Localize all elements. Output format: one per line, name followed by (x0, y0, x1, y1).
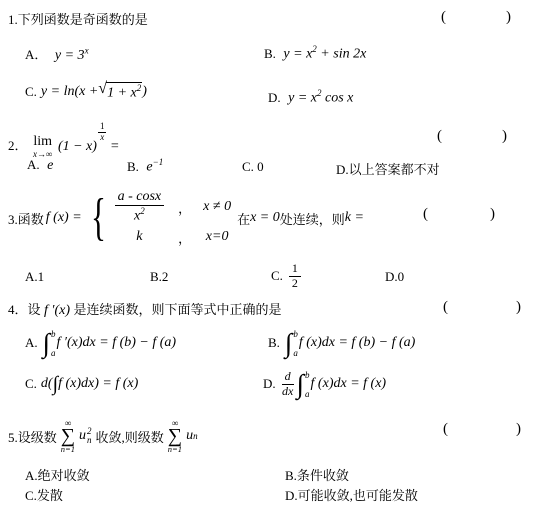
summation-sign: ∞ ∑ n=1 (61, 419, 75, 454)
q4-answer-paren-open: ( (443, 299, 448, 316)
q3-option-c: C. 1 2 (267, 262, 303, 290)
q1-option-d-label: D. (268, 90, 281, 105)
q4-option-a-label: A. (25, 335, 38, 351)
integral-lower: a (51, 348, 56, 358)
q2-option-a: A. e (27, 157, 53, 174)
q1-option-a-exponent: x (85, 45, 89, 55)
q1-option-c-label: C. (25, 84, 37, 100)
q3-option-c-numerator: 1 (289, 262, 301, 277)
case1-numerator: a - cosx (115, 189, 165, 206)
q3-tail-zh2: 处连续，则 (280, 209, 345, 228)
q1-option-c-formula: y = ln(x + (41, 84, 98, 100)
q3-stem: 3.函数 f (x) = { a - cosx x2 ， x ≠ 0 k ， x… (8, 190, 364, 246)
piecewise-cases: a - cosx x2 ， x ≠ 0 k ， x=0 (113, 189, 231, 247)
sigma-glyph: ∑ (61, 428, 75, 445)
q4-option-a: A. ∫ ba f ′(x)dx = f (b) − f (a) (25, 325, 176, 361)
q4-option-d: D. d dx ∫ ba f (x)dx = f (x) (263, 365, 386, 403)
limit-text: lim (33, 135, 52, 149)
sigma-glyph: ∑ (168, 428, 182, 445)
q1-option-b-label: B. (264, 46, 276, 61)
q4-fprime: f ′(x) (41, 303, 74, 318)
q5-term1-base: u (79, 428, 86, 444)
q5-answer-paren-close: ) (516, 421, 521, 438)
exponent-fraction: 1x (98, 122, 107, 143)
case1-condition: x ≠ 0 (203, 199, 231, 215)
q3-function-lhs: f (x) = (46, 210, 82, 226)
q4-option-b-body: f (x)dx = f (b) − f (a) (299, 335, 415, 351)
case2-separator: ， (178, 228, 191, 247)
q4-option-b: B. ∫ ba f (x)dx = f (b) − f (a) (268, 325, 415, 361)
derivative-numerator-text: d (285, 369, 291, 383)
q5-term2-base: u (186, 428, 193, 444)
limit-operator: lim x→∞ (33, 135, 52, 159)
q1-option-d-formula-tail: cos x (322, 91, 354, 106)
case2-condition: x=0 (203, 229, 231, 245)
q2-answer-paren-open: ( (437, 128, 442, 145)
derivative-denominator: dx (282, 385, 294, 399)
q4-option-c-body: f (x)dx) = f (x) (58, 376, 138, 392)
q1-answer-paren-open: ( (441, 9, 446, 26)
integral-upper: b (293, 329, 298, 339)
q2-option-d: D.以上答案都不对 (336, 159, 440, 178)
q1-option-a: A． y = 3x (25, 44, 89, 64)
q2-option-a-value: e (47, 158, 53, 173)
integral-upper: b (305, 370, 310, 380)
q2-option-a-label: A. (27, 157, 40, 172)
q2-answer-paren-close: ) (502, 128, 507, 145)
q4-option-c: C. d( ∫ f (x)dx) = f (x) (25, 371, 138, 397)
q5-stem-mid: 收敛,则级数 (96, 427, 164, 446)
q4-option-d-label: D. (263, 376, 276, 392)
case1-denominator-exp: 2 (140, 206, 145, 216)
summation-lower: n=1 (168, 445, 182, 454)
q5-option-b: B.条件收敛 (285, 465, 349, 484)
exam-page: 1.下列函数是奇函数的是 ( ) A． y = 3x B. y = x2 + s… (0, 0, 540, 518)
q4-stem-pre: 4．设 (8, 302, 41, 317)
case1-denominator: x2 (115, 206, 165, 225)
integral-glyph: ∫ (297, 369, 304, 399)
integral-sign: ∫ ba (285, 328, 298, 358)
q5-answer-paren-open: ( (443, 421, 448, 438)
q5-stem-pre: 5.设级数 (8, 427, 57, 446)
radicand-exponent: 2 (137, 83, 142, 93)
q1-option-d: D. y = x2 cos x (268, 88, 353, 107)
case1-numerator-text: a - cosx (118, 189, 162, 204)
exponent-denominator: x (98, 133, 107, 143)
q1-option-b-formula-tail: + sin 2x (317, 47, 367, 62)
q1-option-b-formula: y = x (283, 47, 312, 62)
q3-option-c-denominator: 2 (289, 277, 301, 291)
q5-term1-scripts: 2n (87, 427, 92, 445)
derivative-fraction: d dx (282, 370, 294, 399)
integral-sign: ∫ ba (297, 369, 310, 399)
derivative-numerator: d (282, 370, 294, 385)
q4-answer-paren-close: ) (516, 299, 521, 316)
q2-stem: 2． lim x→∞ (1 − x)1x = (8, 122, 119, 159)
q1-option-a-formula: y = 3 (55, 48, 85, 63)
q4-option-c-pre: d( (41, 376, 53, 392)
q4-option-b-label: B. (268, 335, 280, 351)
q4-option-a-body: f ′(x)dx = f (b) − f (a) (57, 335, 177, 351)
q2-option-b: B. e−1 (127, 157, 163, 176)
q1-answer-paren-close: ) (506, 9, 511, 26)
q1-option-b: B. y = x2 + sin 2x (264, 44, 366, 63)
integral-sign: ∫ ba (43, 328, 56, 358)
q1-option-d-formula: y = x (288, 91, 317, 106)
summation-sign: ∞ ∑ n=1 (168, 419, 182, 454)
case1-separator: ， (178, 198, 191, 217)
q3-tail-math1: x = 0 (250, 210, 280, 226)
q3-tail-zh1: 在 (237, 209, 250, 228)
q3-option-c-fraction: 1 2 (289, 262, 301, 291)
q4-stem-post: 是连续函数，则下面等式中正确的是 (74, 302, 282, 317)
q2-option-c: C. 0 (242, 159, 264, 175)
integral-upper: b (51, 329, 56, 339)
q4-stem: 4．设 f ′(x) 是连续函数，则下面等式中正确的是 (8, 299, 282, 319)
q2-option-b-label: B. (127, 159, 139, 174)
case1-fraction: a - cosx x2 (115, 189, 165, 225)
derivative-denominator-text: dx (282, 384, 293, 398)
q3-tail-math2: k = (345, 210, 364, 226)
q5-term1-sub: n (87, 436, 92, 445)
piecewise-brace: { (91, 194, 106, 242)
q3-answer-paren-open: ( (423, 206, 428, 223)
radicand: 1 + x2 (106, 82, 142, 102)
q4-option-c-label: C. (25, 376, 37, 392)
q3-number-text: 3.函数 (8, 209, 44, 228)
q3-option-a: A.1 (25, 269, 44, 285)
integral-lower: a (305, 389, 310, 399)
q3-option-b: B.2 (150, 269, 168, 285)
q5-stem: 5.设级数 ∞ ∑ n=1 u2n 收敛,则级数 ∞ ∑ n=1 un (8, 413, 198, 459)
q5-option-a: A.绝对收敛 (25, 465, 90, 484)
integral-glyph: ∫ (285, 328, 292, 358)
q3-option-d: D.0 (385, 269, 404, 285)
integral-lower: a (293, 348, 298, 358)
q2-expression: (1 − x) (58, 139, 97, 154)
integral-glyph: ∫ (43, 328, 50, 358)
q4-option-d-body: f (x)dx = f (x) (311, 376, 387, 392)
case2-value: k (113, 229, 167, 245)
q5-option-d: D.可能收敛,也可能发散 (285, 485, 418, 504)
q1-option-c-formula-tail: ) (142, 84, 147, 100)
radicand-text: 1 + x (107, 86, 137, 101)
q1-option-c: C. y = ln(x + √ 1 + x2 ) (25, 82, 147, 102)
summation-lower: n=1 (61, 445, 75, 454)
q2-equals: = (110, 139, 119, 154)
q5-term2-sub: n (193, 431, 198, 441)
q3-answer-paren-close: ) (490, 206, 495, 223)
q5-option-c: C.发散 (25, 485, 63, 504)
q1-stem: 1.下列函数是奇函数的是 (8, 9, 148, 28)
q2-option-b-exponent: −1 (153, 157, 164, 167)
q2-number: 2． (8, 138, 28, 153)
q3-option-c-label-text: C. (271, 268, 283, 284)
q1-option-a-label: A． (25, 47, 47, 62)
square-root: √ 1 + x2 (98, 82, 142, 102)
